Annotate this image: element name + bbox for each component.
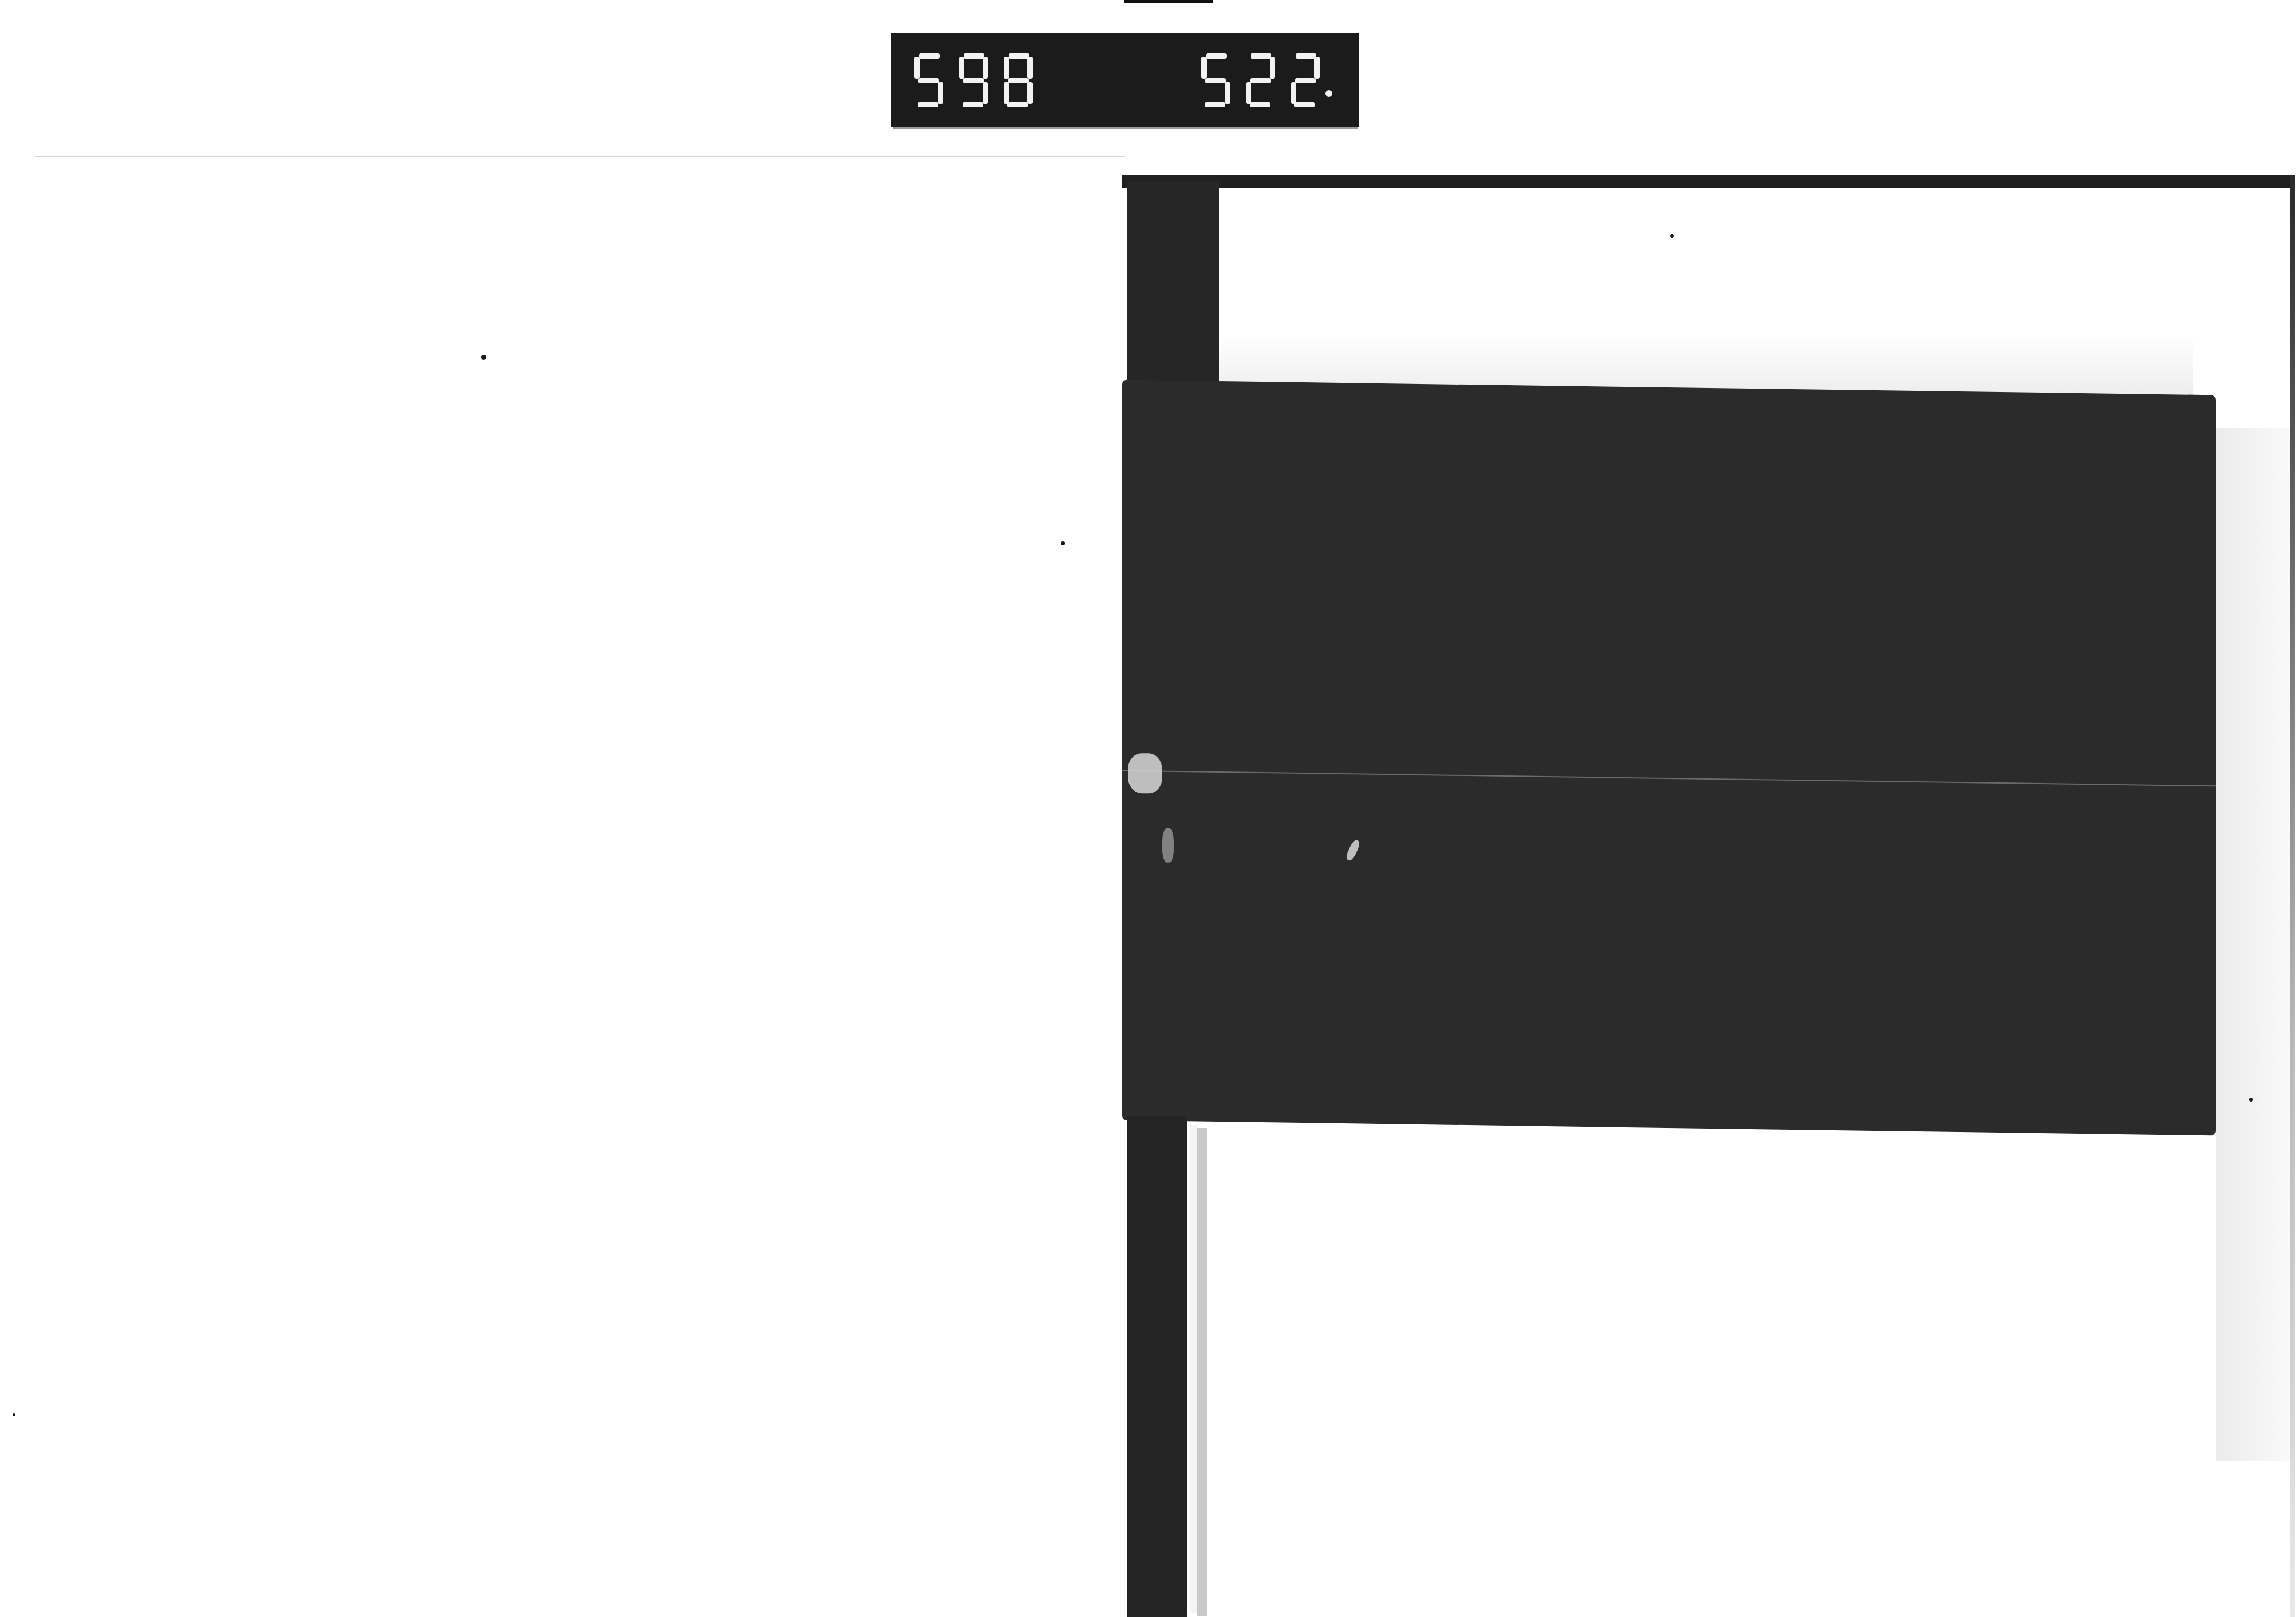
dark-panel bbox=[1122, 380, 2216, 1136]
post-gap bbox=[1190, 1125, 1197, 1613]
post-upper bbox=[1127, 181, 1219, 399]
photographed-object bbox=[1122, 175, 2296, 1617]
dust-speck bbox=[1061, 541, 1065, 545]
faint-scan-line bbox=[34, 156, 1125, 157]
dust-speck bbox=[1670, 234, 1674, 238]
seven-segment-digit bbox=[914, 53, 943, 107]
seven-segment-digit bbox=[1201, 53, 1230, 107]
object-top-edge bbox=[1122, 175, 2293, 188]
dust-speck bbox=[2249, 1098, 2253, 1102]
tape-strip bbox=[1124, 0, 1213, 3]
decimal-point bbox=[1325, 90, 1332, 97]
panel-shadow-right bbox=[2216, 428, 2293, 1461]
counter-group-1 bbox=[914, 33, 1033, 127]
scan-scratch bbox=[1122, 770, 2216, 787]
counter-group-2 bbox=[1201, 33, 1320, 127]
seven-segment-digit bbox=[1004, 53, 1033, 107]
counter-label bbox=[891, 33, 1359, 127]
seven-segment-digit bbox=[1246, 53, 1275, 107]
glare-streak bbox=[1162, 828, 1174, 863]
glare-spot bbox=[1128, 753, 1162, 794]
dust-speck bbox=[481, 355, 486, 360]
seven-segment-digit bbox=[959, 53, 988, 107]
seven-segment-digit bbox=[1291, 53, 1320, 107]
glare-fleck bbox=[1345, 839, 1362, 862]
post-lower bbox=[1127, 1116, 1187, 1617]
dust-speck bbox=[13, 1413, 15, 1416]
post-edge-stripe bbox=[1197, 1128, 1207, 1616]
